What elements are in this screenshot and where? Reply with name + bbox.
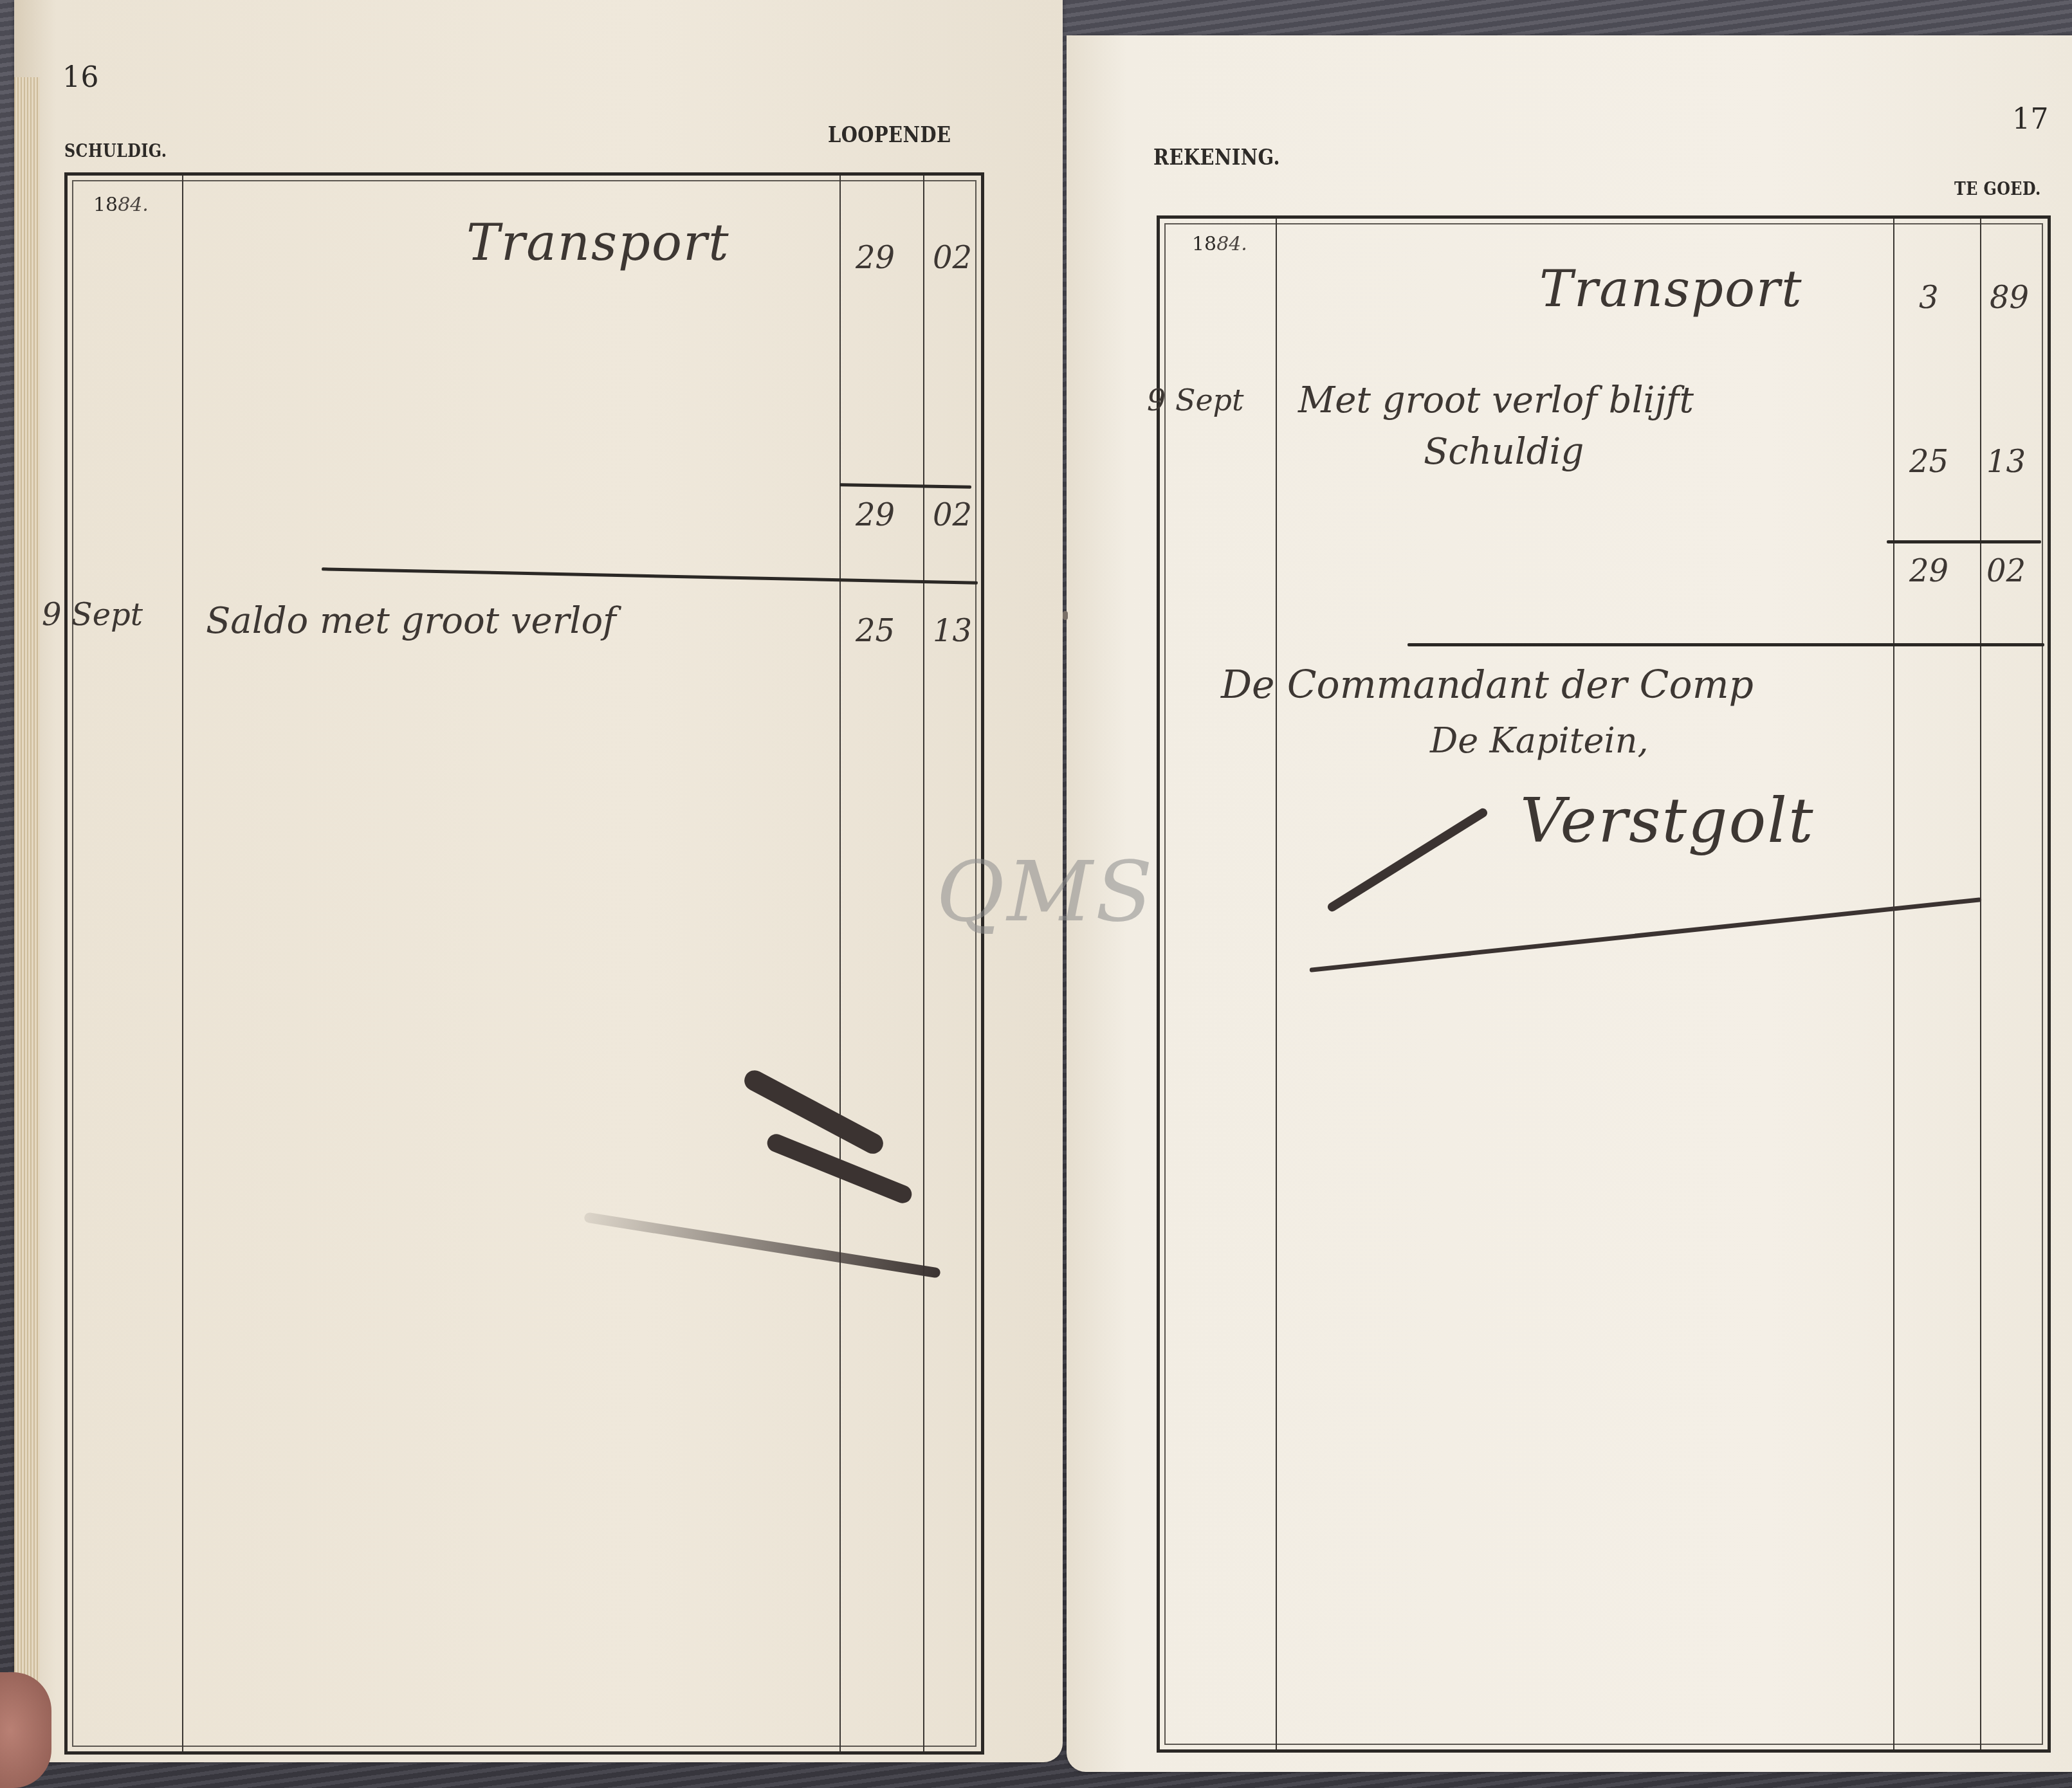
entry-cents: 13 bbox=[1986, 444, 2026, 480]
entry-guilders: 3 bbox=[1919, 280, 1939, 316]
left-page: 16 SCHULDIG. LOOPENDE 1884. Transport 29… bbox=[14, 0, 1063, 1762]
entry-cents: 89 bbox=[1990, 280, 2029, 316]
closing-rule bbox=[322, 567, 978, 584]
thumb bbox=[0, 1672, 51, 1788]
ink-mark bbox=[583, 1212, 941, 1278]
ledger-table-right: 1884. Transport 3 89 9 Sept Met groot ve… bbox=[1157, 215, 2051, 1753]
guilders-column-divider bbox=[1893, 219, 1894, 1749]
subtotal-guilders: 29 bbox=[856, 497, 895, 533]
header-loopende: LOOPENDE bbox=[828, 122, 951, 148]
year-printed: 18 bbox=[93, 194, 118, 216]
header-schuldig: SCHULDIG. bbox=[64, 140, 167, 161]
header-rekening: REKENING. bbox=[1153, 145, 1280, 170]
right-page: 17 REKENING. TE GOED. 1884. Transport 3 … bbox=[1067, 35, 2072, 1772]
entry-cents: 13 bbox=[933, 613, 972, 649]
ledger-table-left: 1884. Transport 29 02 29 02 9 Sept Saldo… bbox=[64, 172, 984, 1755]
subtotal-rule bbox=[839, 483, 971, 489]
entry-description-line2: Schuldig bbox=[1424, 431, 1584, 473]
signature-flourish bbox=[1326, 807, 1489, 913]
ink-mark bbox=[741, 1067, 887, 1158]
date-column-divider bbox=[1276, 219, 1277, 1749]
signature: Verstgolt bbox=[1520, 785, 1815, 857]
spine-mark bbox=[1063, 611, 1068, 620]
entry-guilders: 25 bbox=[1909, 444, 1948, 480]
entry-description: Transport bbox=[466, 214, 730, 272]
entry-date: 9 Sept bbox=[42, 597, 143, 633]
year-label-left: 1884. bbox=[93, 194, 149, 216]
entry-description: Saldo met groot verlof bbox=[206, 600, 616, 642]
page-number-left: 16 bbox=[62, 61, 99, 94]
signature-underline bbox=[1310, 897, 1982, 972]
year-label-right: 1884. bbox=[1192, 233, 1247, 255]
header-te-goed: TE GOED. bbox=[1954, 178, 2041, 199]
entry-guilders: 25 bbox=[856, 613, 895, 649]
date-column-divider bbox=[182, 176, 183, 1751]
signature-rank: De Kapitein, bbox=[1430, 720, 1649, 761]
page-number-right: 17 bbox=[2012, 103, 2049, 136]
year-handwritten: 84. bbox=[1216, 233, 1247, 255]
entry-description: Transport bbox=[1539, 260, 1803, 318]
watermark: QMS bbox=[936, 843, 1155, 940]
entry-date: 9 Sept bbox=[1147, 383, 1244, 417]
subtotal-rule bbox=[1887, 540, 2041, 543]
entry-cents: 02 bbox=[933, 240, 972, 276]
cents-column-divider bbox=[1980, 219, 1981, 1749]
closing-rule bbox=[1407, 643, 2044, 646]
entry-guilders: 29 bbox=[856, 240, 895, 276]
year-printed: 18 bbox=[1192, 233, 1216, 255]
guilders-column-divider bbox=[839, 176, 841, 1751]
subtotal-cents: 02 bbox=[933, 497, 972, 533]
subtotal-guilders: 29 bbox=[1909, 553, 1948, 589]
page-edges bbox=[14, 77, 40, 1685]
year-handwritten: 84. bbox=[118, 194, 149, 216]
signature-title: De Commandant der Comp bbox=[1221, 662, 1754, 707]
subtotal-cents: 02 bbox=[1986, 553, 2026, 589]
entry-description: Met groot verlof blijft bbox=[1298, 379, 1694, 421]
cents-column-divider bbox=[923, 176, 924, 1751]
